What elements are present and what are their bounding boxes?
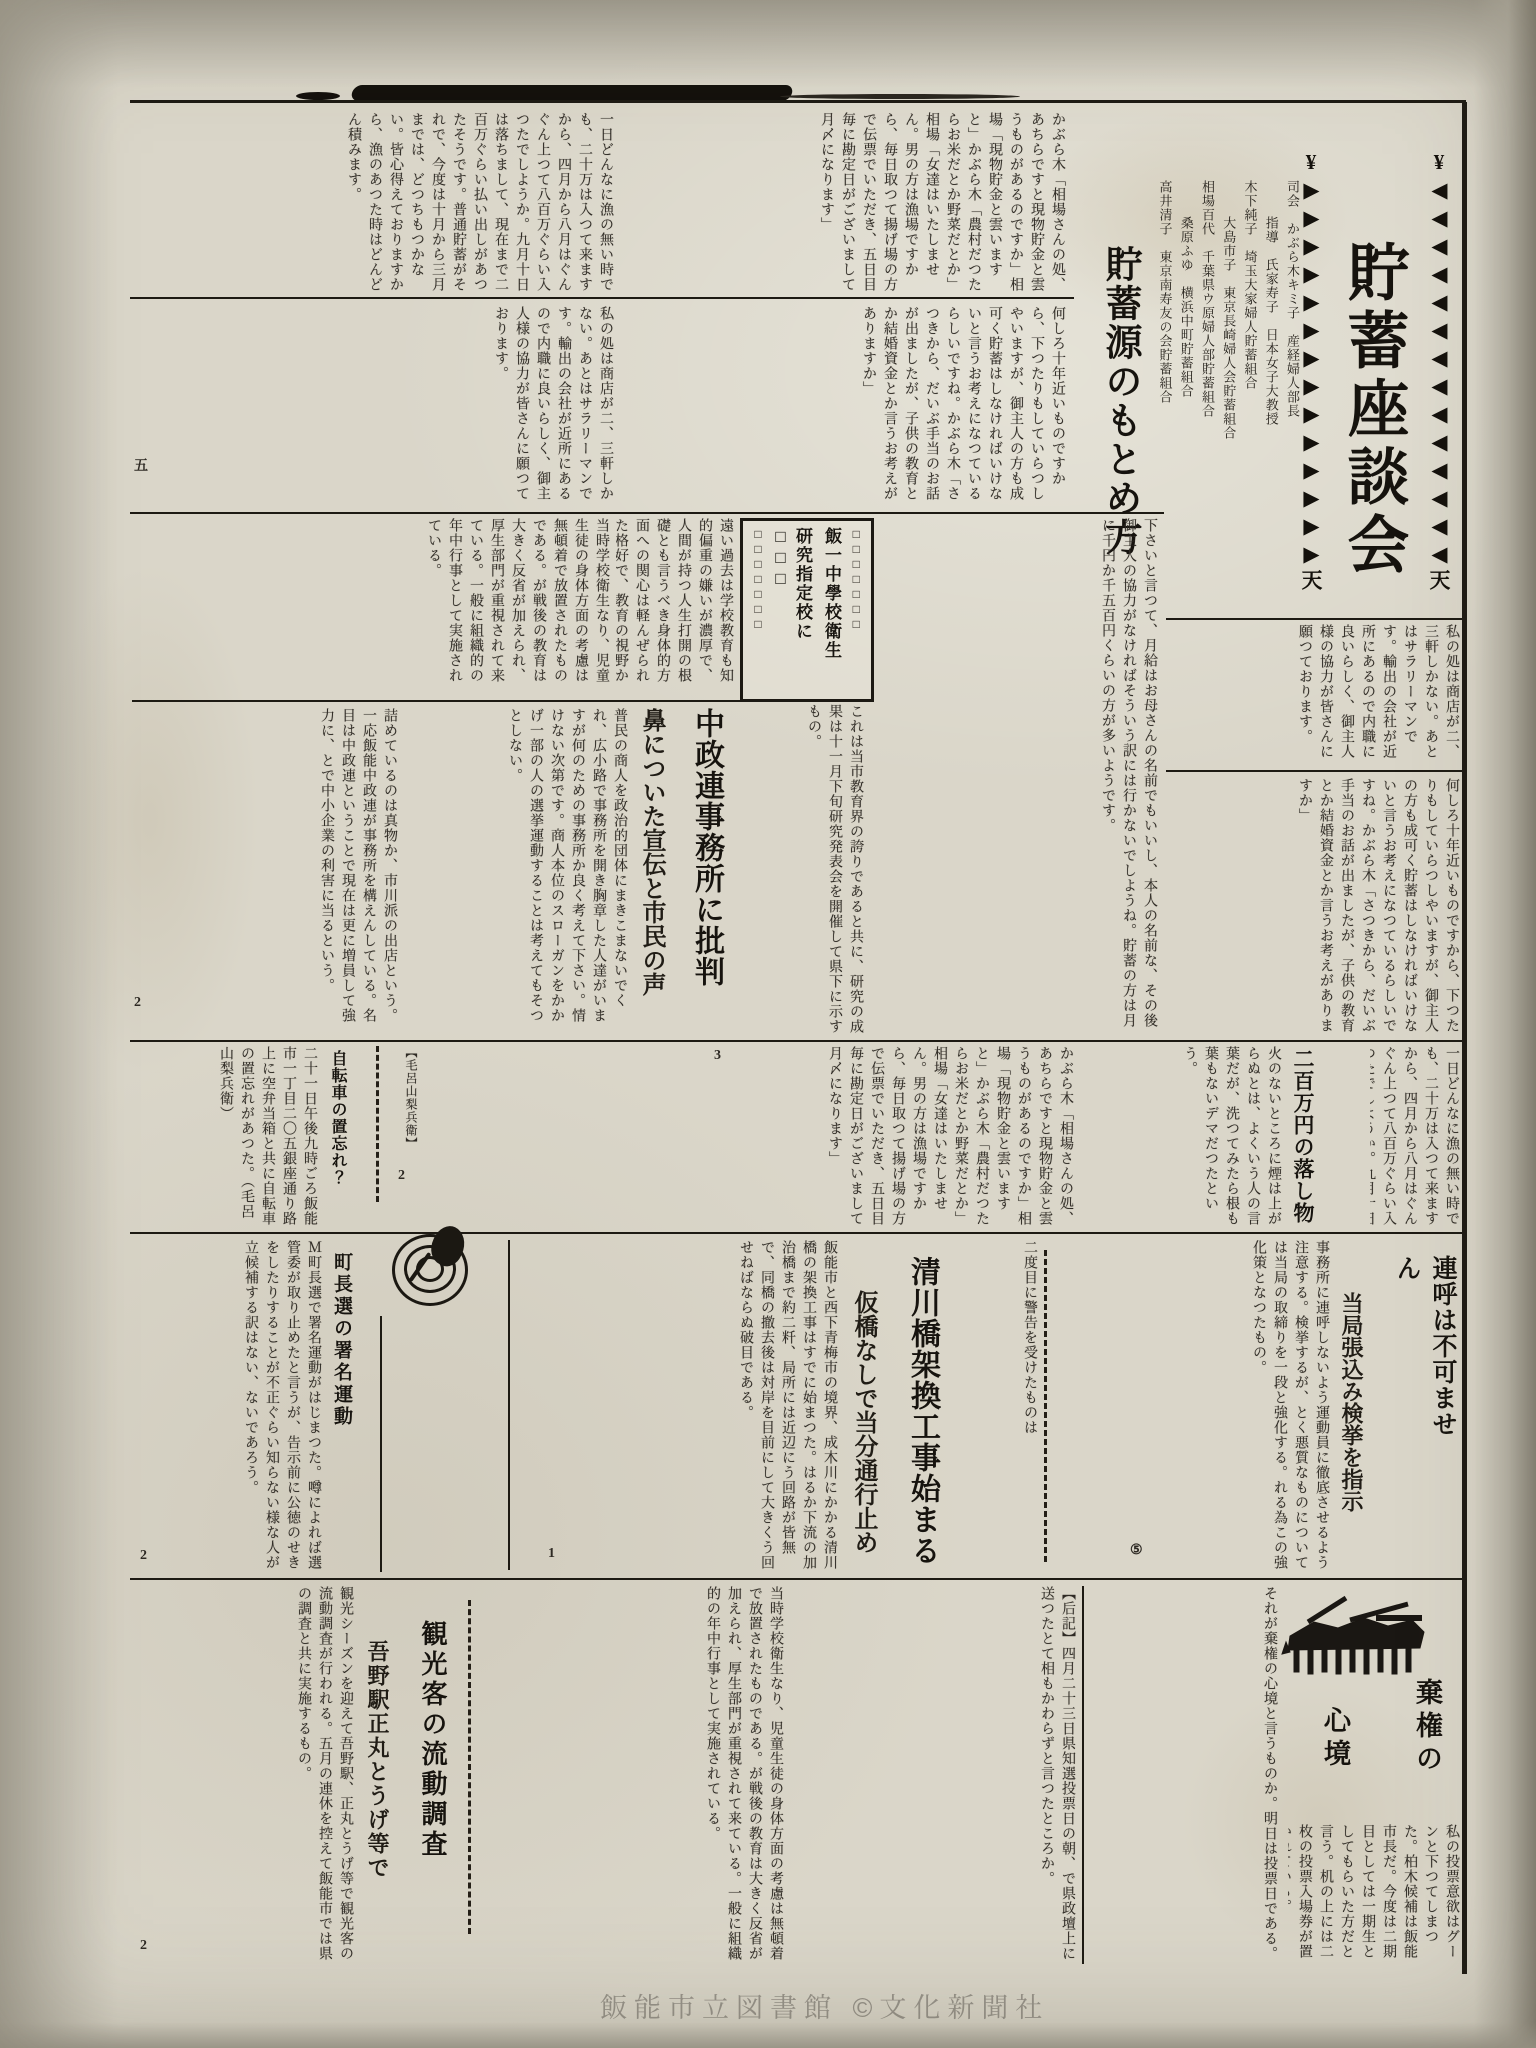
- zadankai-body-9: かぶら木「相場さんの処、あちらですと現物貯金と雲うものがあるのですか」相場「現物…: [712, 1046, 1076, 1226]
- seikawa-subhead: 仮橋なしで当分通行止め: [846, 1290, 881, 1574]
- kiken-headline-1: 棄権の: [1408, 1678, 1447, 1798]
- zadankai-body-8: 一日どんなに漁の無い時でも、二十万は入つて来ますから、四月から八月はぐんぐん上つ…: [1370, 1046, 1462, 1226]
- zadankai-body-4: 私の処は商店が二、三軒しかない。あとはサラリーマンです。輸出の会社が近所にあるの…: [134, 306, 616, 504]
- jitensha-headline: 自転車の置忘れ？: [326, 1050, 349, 1186]
- column-number: 2: [140, 1938, 147, 1954]
- jitensha-body: 二十一日午後九時ごろ飯能市一丁目二〇五銀座通り路上に空弁当箱と共に自転車の置忘れ…: [134, 1046, 320, 1226]
- kiken-body-2: それが棄権の心境と言うものか。明日は投票日である。: [1088, 1586, 1280, 1964]
- ink-smudge-thin: [780, 94, 1020, 99]
- senkyo-postscript-body: 【后記】四月二十三日県知選投票日の朝、で県政壇上に送つたとて相もかわらずと言つた…: [790, 1586, 1078, 1964]
- masthead-border-right-ornament: ¥◀◀◀◀◀◀◀◀◀◀◀◀◀◀天: [1428, 150, 1449, 610]
- kiken-body-1: 私の投票意欲はグーンと下つてしまつた。柏木候補は飯能市長だ。今度は二期目としては…: [1288, 1824, 1462, 1964]
- right-border-rule: [1462, 102, 1467, 1974]
- column-number: 1: [548, 1546, 555, 1562]
- kanko-subhead: 吾野駅正丸とうげ等で: [362, 1640, 393, 1936]
- spiral-doodle-illustration: [388, 1228, 472, 1312]
- section-divider: [130, 1578, 1466, 1580]
- box-ornament-squares: □□□□□□□: [750, 527, 766, 693]
- seikawa-body: 飯能市と西下青梅市の境界、成木川にかかる清川橋の架換工事はすでに始まつた。はるか…: [540, 1240, 840, 1570]
- zadankai-body-6: 何しろ十年近いものですから、下つたりもしていらつしやいますが、御主人の方も成可く…: [1170, 778, 1462, 1034]
- byline: 相場百代 千葉県ウ原婦人部貯蓄組合: [1199, 180, 1215, 620]
- renko-subhead: 当局張込み検挙を指示: [1336, 1292, 1367, 1558]
- gakko-body-2: 当時学校衛生なり、児童生徒の身体方面の考慮は無頓着で放置されたものである。が戦後…: [134, 518, 612, 696]
- top-border-rule: [130, 100, 1466, 103]
- senkyo-misc-body: 当時学校衛生なり、児童生徒の身体方面の考慮は無頓着で放置されたものである。が戦後…: [480, 1586, 786, 1964]
- ink-smudge-small: [296, 92, 340, 100]
- gakko-body-1: 遠い過去は学校教育も知的偏重の嫌いが濃厚で、人間が持つ人生打開の根礎とも言うべき…: [616, 518, 736, 696]
- section-divider: [130, 512, 1164, 514]
- gakko-box: □□□□□□□ 飯一中學校衛生 研究指定校に□□□ □□□□□□□: [740, 518, 874, 702]
- chuseiren-subhead: 鼻についた宣伝と市民の声: [634, 708, 669, 1038]
- section-divider: [1166, 770, 1462, 772]
- zadankai-body-7: 下さいと言つて、月給はお母さんの名前でもいいし、本人の名前な、その後御主人の協力…: [872, 518, 1160, 1034]
- newspaper-page: ¥▶▶▶▶▶▶▶▶▶▶▶▶▶▶天 貯蓄座談会 ¥◀◀◀◀◀◀◀◀◀◀◀◀◀◀天 …: [0, 0, 1536, 2048]
- zadankai-bylines: 司会 かぶら木キミ子 産経婦人部長 指導 氏家寿子 日本女子大教授 木下純子 埼…: [1152, 180, 1300, 620]
- zadankai-body-1: かぶら木「相場さんの処、あちらですと現物貯金と雲うものがあるのですか」相場「現物…: [620, 112, 1068, 293]
- column-rule-dashed: [468, 1600, 471, 1934]
- seikawa-headline: 清川橋架換工事始まる: [900, 1256, 944, 1572]
- library-credit: 飯能市立図書館 ©文化新聞社: [600, 1986, 1060, 2025]
- section-divider: [130, 1232, 1466, 1234]
- byline: 指導 氏家寿子 日本女子大教授: [1263, 216, 1279, 620]
- column-number: 2: [134, 995, 141, 1011]
- column-rule-dashed: [376, 1046, 379, 1202]
- section-divider: [132, 700, 746, 702]
- chuseiren-body-1: 普民の商人を政治的団体にまきこまないでくれ、広小路で事務所を開き胸章した人達がい…: [404, 708, 630, 1034]
- kiken-headline-2: 心境: [1316, 1706, 1355, 1796]
- byline: 大島市子 東京長崎婦人会貯蓄組合: [1220, 216, 1236, 620]
- chuseiren-headline: 中政連事務所に批判: [684, 708, 728, 1028]
- section-divider: [130, 297, 1074, 299]
- renko-body-2: 二度目に警告を受けたものは: [986, 1240, 1040, 1570]
- box-ornament-squares: □□□□□□□: [848, 527, 864, 693]
- byline: 木下純子 埼玉大家婦人貯蓄組合: [1241, 180, 1257, 620]
- column-rule: [380, 1316, 382, 1572]
- column-rule-dashed: [1044, 1250, 1047, 1562]
- renko-headline: 連呼は不可ません: [1388, 1255, 1460, 1455]
- chochosen-headline: 町長選の署名運動: [328, 1252, 355, 1512]
- ink-smudge: [350, 85, 794, 101]
- masthead-border-left-ornament: ¥▶▶▶▶▶▶▶▶▶▶▶▶▶▶天: [1300, 150, 1321, 610]
- zadankai-body-3: 何しろ十年近いものですから、下つたりもしていらつしやいますが、御主人の方も成可く…: [620, 306, 1068, 504]
- gakko-body-3: これは当市教育界の誇りであると共に、研究の成果は十一月下旬研究発表会を開催して県…: [742, 704, 866, 1034]
- nihyakuman-body: 火のないところに煙は上がらぬとは、よくいう人の言葉だが、洗つてみたら根も葉もない…: [1080, 1046, 1284, 1226]
- gakko-headline-1: 飯一中學校衛生: [819, 527, 844, 693]
- column-number: 3: [714, 1048, 721, 1064]
- zadankai-title: 貯蓄座談会: [1328, 240, 1417, 612]
- column-rule: [1082, 1586, 1084, 1964]
- column-number: 2: [140, 1548, 147, 1564]
- zadankai-body-2: 一日どんなに漁の無い時でも、二十万は入つて来ますから、四月から八月はぐんぐん上つ…: [134, 112, 616, 293]
- zadankai-body-5: 私の処は商店が二、三軒しかない。あとはサラリーマンです。輸出の会社が近所にあるの…: [1170, 624, 1462, 766]
- procession-illustration: [1280, 1592, 1430, 1676]
- kanko-headline: 観光客の流動調査: [414, 1620, 451, 1906]
- column-number: 2: [398, 1168, 405, 1184]
- byline: 桑原ふゆ 横浜中町貯蓄組合: [1178, 216, 1194, 620]
- right-edge-shadow: [1474, 0, 1536, 2048]
- jitensha-credit: 【毛呂山梨兵衛】: [396, 1046, 420, 1166]
- column-number: 五: [134, 455, 148, 475]
- kanko-body: 観光シーズンを迎えて吾野駅、正丸とうげ等で観光客の流動調査が行われる。五月の連休…: [134, 1586, 356, 1964]
- section-divider: [130, 1040, 1466, 1042]
- chuseiren-body-2: 詰めているのは真物か、市川派の出店という。一応飯能中政連が事務所を構えんしている…: [134, 708, 400, 1034]
- gakko-headline-2: 研究指定校に□□□: [770, 527, 815, 693]
- chochosen-body: Ｍ町長選で署名運動がはじまつた。噂によれば選管委が取り止めたと言うが、告示前に公…: [134, 1240, 324, 1570]
- top-edge-shadow: [0, 0, 1536, 88]
- left-edge-shadow: [0, 0, 118, 2048]
- nihyakuman-headline: 二百万円の落し物: [1288, 1048, 1318, 1230]
- renko-body-1: 事務所に連呼しないよう運動員に徹底させるよう注意する。検挙するが、とく悪質なもの…: [1052, 1240, 1332, 1570]
- column-rule: [508, 1240, 510, 1570]
- byline: 司会 かぶら木キミ子 産経婦人部長: [1284, 180, 1300, 620]
- bottom-edge-shadow: [0, 2022, 1536, 2048]
- column-number-circled: ⑤: [1130, 1542, 1143, 1559]
